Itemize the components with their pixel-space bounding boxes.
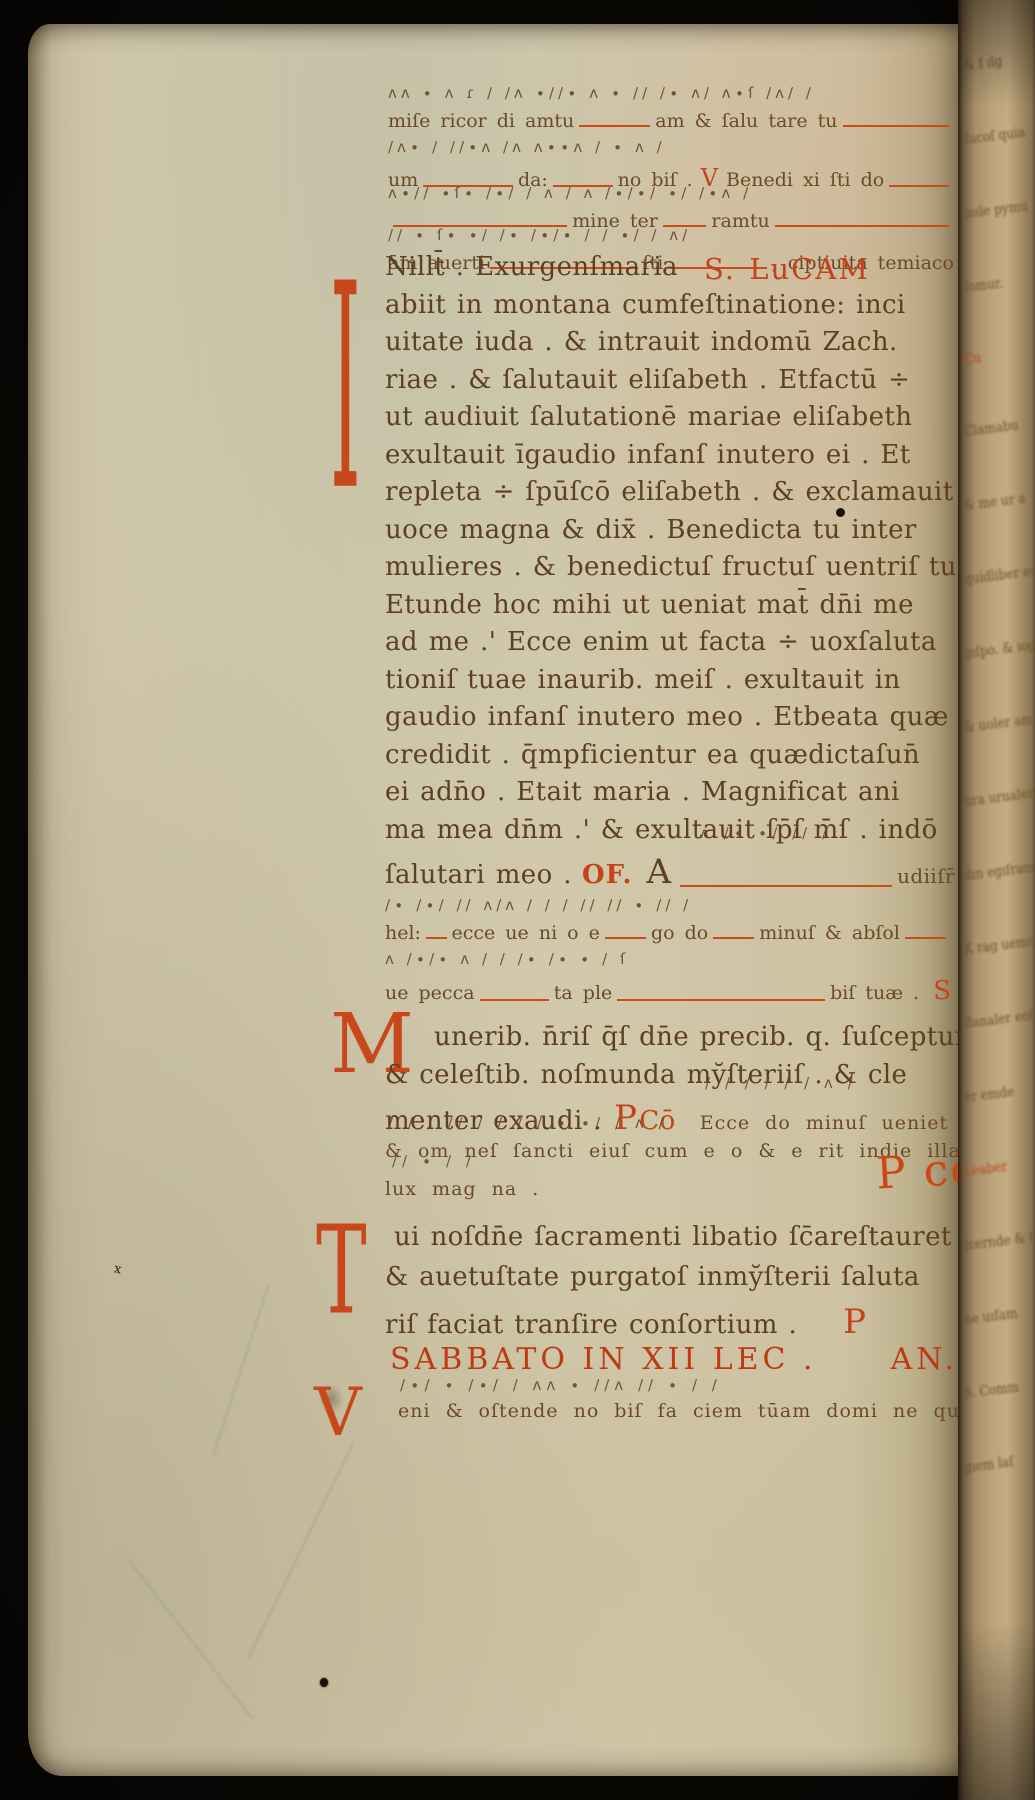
gospel-line: credidit . q̄mpficientur ea quædictaſun̄ — [385, 740, 920, 770]
prayer-line: unerib. n̄riſ q̄ſ dn̄e precib. q. ſuſcep… — [434, 1022, 974, 1052]
chant-text-row: miſe ricor di amtu am & ſalu tare tu — [388, 110, 954, 132]
neume-row: ∕ʌ∙ ∕ ∕∕∙ʌ ∕ʌ ʌ∙∙ʌ ∕ ∙ ʌ ∕ — [388, 138, 954, 164]
chant-syllables: ecce ue ni o e — [452, 922, 600, 944]
facing-text-fragment: quidliber eo — [963, 563, 1035, 588]
gospel-text: repleta ÷ ſpūſcō eliſabeth . & exclamaui… — [385, 477, 954, 507]
chant-line-1: ʌʌ ∙ ʌ ɾ ∕ ∕ʌ ∙∕∕∙ ʌ ∙ ∕∕ ∕∙ ʌ∕ ʌ∙ſ ∕ʌ∕ … — [388, 84, 954, 132]
gospel-line: uitate iuda . & intrauit indomū Zach. — [385, 327, 898, 357]
neume-row: ʌ ∕∙∕∙ ʌ ∕ ∕ ∕∙ ∕∙ ∙ ∕ ſ — [385, 950, 951, 976]
facing-text-fragment: ſomur. — [963, 275, 1004, 296]
gospel-text: ut audiuit ſalutationē mariae eliſabeth — [385, 402, 912, 432]
chant-syllables: ta ple — [554, 982, 613, 1004]
gospel-line: gaudio infanſ inutero meo . Etbeata quæ — [385, 702, 949, 732]
chant-syllables: minuſ & abſol — [759, 922, 900, 944]
rubric-offertorium: OF. — [582, 860, 633, 890]
gospel-text: uoce magna & dix̄ . Benedicta tu inter — [385, 515, 917, 545]
manuscript-photo: x ʌʌ ∙ ʌ ɾ ∕ ∕ʌ ∙∕∕∙ ʌ ∙ ∕∕ ∕∙ ʌ∕ ʌ∙ſ ∕ʌ… — [0, 0, 1035, 1800]
gospel-text: ſalutari meo . — [385, 860, 572, 890]
offertory-incipit-line: ſalutari meo . OF. A udiiſr̄ — [385, 852, 955, 892]
gospel-text: Etunde hoc mihi ut ueniat mat̄ dn̄i me — [385, 590, 914, 620]
gospel-text: mulieres . & benedictuſ fructuſ uentriſ … — [385, 552, 966, 582]
facing-text-fragment-red: Leaber — [963, 1159, 1008, 1180]
gospel-text: credidit . q̄mpficientur ea quædictaſun̄ — [385, 740, 920, 770]
facing-text-fragment: & me ur a — [963, 491, 1026, 514]
rubric-secundum-lucam: S. LuCAM — [704, 252, 870, 286]
rubric-heading-sabbato: SABBATO IN XII LEC . AN. — [390, 1342, 958, 1377]
facing-text-fragment: ne uıſam — [963, 1305, 1018, 1327]
chant-syllables: udiiſr̄ — [897, 864, 955, 888]
gospel-line: Etunde hoc mihi ut ueniat mat̄ dn̄i me — [385, 590, 914, 620]
prayer-text: & auetuſtate purgatoſ inmy̆ſterii ſaluta — [385, 1262, 920, 1292]
introit-line: eni & oſtende no biſ fa ciem tūam domi n… — [398, 1400, 1013, 1422]
gospel-text: abiit in montana cumfeſtinatione: inci — [385, 290, 906, 320]
neume-row: ∕∙∕ ∙ ∕∙∕ ∕ ʌʌ ∙ ∕∕ʌ ∕∕ ∙ ∕ ∕ — [400, 1376, 722, 1394]
gospel-line: Nillt̄ . Exurgenſmaria S. LuCAM — [385, 252, 870, 286]
gospel-text: gaudio infanſ inutero meo . Etbeata quæ — [385, 702, 949, 732]
facing-text-fragment: ſlanaler eoſ u — [963, 1006, 1035, 1032]
prayer-text: unerib. n̄riſ q̄ſ dn̄e precib. q. ſuſcep… — [434, 1022, 974, 1052]
offertory-line-2: ∕∙ ∕∙∕ ∕∕ ʌ∕ʌ ∕ ∕ ∕ ∕∕ ∕∕ ∙ ∕∕ ∕ hel: ec… — [385, 896, 951, 944]
facing-text-fragment-red: Cu — [963, 350, 982, 368]
prayer-line: ui noſdn̄e ſacramenti libatio ſc̄areſtau… — [394, 1222, 952, 1252]
gospel-text: ei adn̄o . Etait maria . Magnificat ani — [385, 777, 900, 807]
facing-text-fragment: dın egıſram — [963, 859, 1035, 884]
facing-text-fragment: & uoler am — [963, 712, 1034, 736]
red-filler-line — [426, 933, 447, 939]
initial-T: T — [316, 1210, 367, 1332]
ink-dot — [320, 1678, 328, 1687]
gospel-line: ut audiuit ſalutationē mariae eliſabeth — [385, 402, 912, 432]
offertory-line-3: ʌ ∕∙∕∙ ʌ ∕ ∕ ∕∙ ∕∙ ∙ ∕ ſ ue pecca ta ple… — [385, 950, 951, 1006]
chant-syllables: biſ tuæ . — [830, 982, 919, 1004]
chant-syllables: miſe ricor di amtu — [388, 110, 574, 132]
communion-incipit: Ecce do minuſ ueniet — [700, 1112, 948, 1134]
red-filler-line — [680, 881, 892, 887]
neume-row: ∕∕ ∙ ∕ ∕ — [392, 1152, 476, 1170]
red-filler-line — [843, 121, 949, 127]
red-filler-line — [713, 933, 754, 939]
facing-text-fragment: gıem laſ — [963, 1454, 1014, 1476]
neume-row: ∕ ∕ ∕ ∕∕ ∕ ∕ ∕ ∕ ∙ ∙∕ ∕ ʌ ∕ — [388, 1114, 669, 1132]
facing-text-fragment: gıſpo. & ıogu — [963, 636, 1035, 662]
prayer-line: & auetuſtate purgatoſ inmy̆ſterii ſaluta — [385, 1262, 920, 1292]
chant-syllables: am & ſalu tare tu — [655, 110, 837, 132]
gospel-text: ad me .' Ecce enim ut facta ÷ uoxſaluta — [385, 627, 937, 657]
gospel-line: mulieres . & benedictuſ fructuſ uentriſ … — [385, 552, 966, 582]
gospel-line: ei adn̄o . Etait maria . Magnificat ani — [385, 777, 900, 807]
offertory-initial-a: A — [647, 852, 672, 892]
gospel-line: ad me .' Ecce enim ut facta ÷ uoxſaluta — [385, 627, 937, 657]
initial-V: V — [314, 1380, 362, 1446]
prayer-text: riſ faciat tranſire conſortium . — [385, 1310, 797, 1340]
chant-text-row: ue pecca ta ple biſ tuæ . S — [385, 976, 951, 1006]
heading-text: SABBATO IN XII LEC . — [390, 1342, 817, 1377]
facing-page-edge: & ſ ılg ſucoſ quia mıle pymu ſomur. Cu C… — [958, 0, 1035, 1800]
heading-antiphon-mark: AN. — [891, 1342, 959, 1377]
neume-row: ∕ ∕ ∕ ∕ ∕ ∕ ʌ ∕ — [705, 1074, 858, 1092]
facing-text-fragment: ſucoſ quia — [963, 125, 1026, 148]
chant-syllables: go do — [651, 922, 708, 944]
red-filler-line — [617, 995, 825, 1001]
neume-row: ∕∕ ∙ ſ∙ ∙∕ ∕∙ ∕∙∕∙ ∕ ∕ ∙∕ ∕ ʌ∕ — [388, 226, 954, 252]
chant-line-3: ʌ∙∕∕ ∙ſ∙ ∕∙∕ ∕ ʌ ∕ ʌ ∕∙∕∙∕ ∙∕ ∕∙ʌ ∕ mine… — [388, 184, 954, 232]
neume-row: ʌ∙∕∕ ∙ſ∙ ∕∙∕ ∕ ʌ ∕ ʌ ∕∙∕∙∕ ∙∕ ∕∙ʌ ∕ — [388, 184, 954, 210]
rubric-p: P — [843, 1302, 866, 1342]
gospel-text: Nillt̄ . Exurgenſmaria — [385, 252, 678, 286]
facing-text-fragment: ſcernde & Com — [963, 1227, 1035, 1254]
red-filler-line — [605, 933, 646, 939]
red-filler-line — [905, 933, 946, 939]
gospel-line: uoce magna & dix̄ . Benedicta tu inter — [385, 515, 917, 545]
prayer-text: ui noſdn̄e ſacramenti libatio ſc̄areſtau… — [394, 1222, 952, 1252]
gospel-line: exultauit īgaudio infanſ inutero ei . Et — [385, 440, 911, 470]
prayer-line: riſ faciat tranſire conſortium . P — [385, 1302, 866, 1342]
rubric-s: S — [933, 976, 951, 1006]
gospel-line: tioniſ tuae inaurib. meiſ . exultauit in — [385, 665, 901, 695]
facing-text-fragment: er emde — [963, 1084, 1015, 1106]
facing-text-fragment: & ſ ılg — [963, 53, 1003, 74]
communion-line: lux mag na . — [385, 1178, 539, 1200]
chant-syllables: eni & oſtende no biſ fa ciem tūam domi n… — [398, 1400, 1013, 1422]
facing-text-fragment: K rag uemur — [963, 933, 1035, 958]
gospel-line: abiit in montana cumfeſtinatione: inci — [385, 290, 906, 320]
gospel-text: tioniſ tuae inaurib. meiſ . exultauit in — [385, 665, 901, 695]
chant-syllables: hel: — [385, 922, 421, 944]
neume-row: ʌʌ ∙ ʌ ɾ ∕ ∕ʌ ∙∕∕∙ ʌ ∙ ∕∕ ∕∙ ʌ∕ ʌ∙ſ ∕ʌ∕ … — [388, 84, 954, 110]
facing-text-fragment: mıle pymu — [963, 198, 1029, 222]
neume-row: ∕∙ ∕∙∕ ∕∕ ʌ∕ʌ ∕ ∕ ∕ ∕∕ ∕∕ ∙ ∕∕ ∕ — [385, 896, 951, 922]
gospel-text: exultauit īgaudio infanſ inutero ei . Et — [385, 440, 911, 470]
gospel-line: ma mea dn̄m .' & exultauit ſp̄ſ m̄ſ . in… — [385, 815, 938, 845]
chant-text-row: hel: ecce ue ni o e go do minuſ & abſol — [385, 922, 951, 944]
red-filler-line — [579, 121, 650, 127]
initial-I: I — [330, 250, 361, 533]
facing-text-fragment: Clamabu — [963, 417, 1019, 440]
facing-text-fragment: ura urualem — [963, 785, 1035, 810]
gospel-text: riae . & ſalutauit eliſabeth . Etfactū ÷ — [385, 365, 910, 395]
red-filler-line — [480, 995, 549, 1001]
chant-syllables: lux mag na . — [385, 1178, 539, 1200]
gospel-text: ma mea dn̄m .' & exultauit ſp̄ſ m̄ſ . in… — [385, 815, 938, 845]
neume-row: ʌ ∕∙ ∙∕ ∕∕ ∕ — [700, 824, 832, 842]
gospel-line: riae . & ſalutauit eliſabeth . Etfactū ÷ — [385, 365, 910, 395]
facing-text-fragment: S. Comm — [963, 1379, 1020, 1402]
gospel-text: uitate iuda . & intrauit indomū Zach. — [385, 327, 898, 357]
gospel-line: repleta ÷ ſpūſcō eliſabeth . & exclamaui… — [385, 477, 954, 507]
